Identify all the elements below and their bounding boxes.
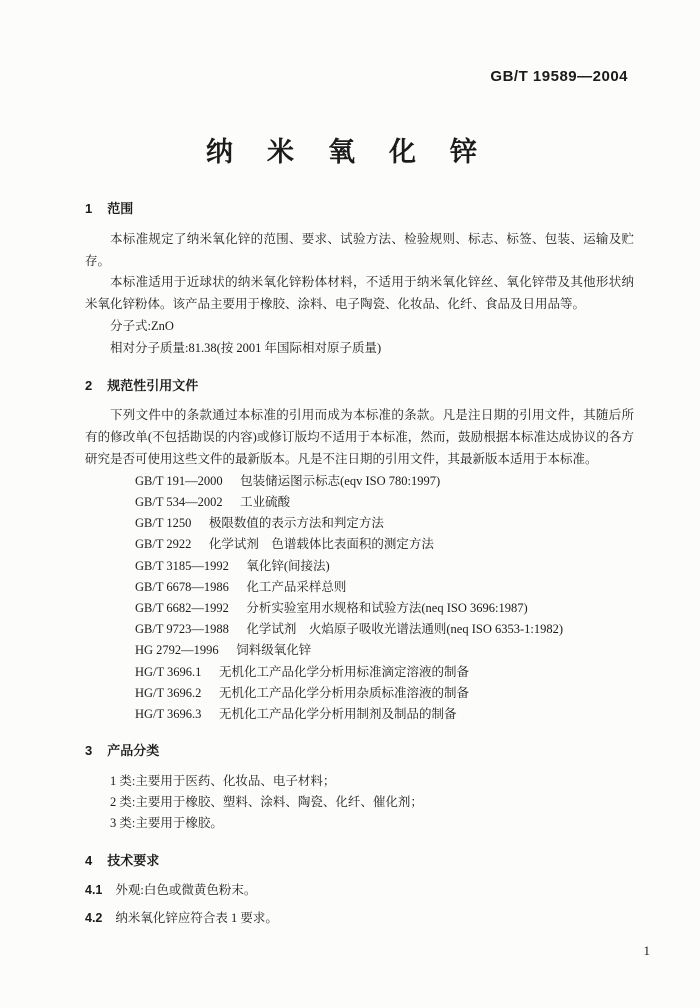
standard-code: GB/T 19589—2004 [490,68,628,85]
reference-title: 无机化工产品化学分析用杂质标准溶液的制备 [219,686,469,700]
reference-code: HG/T 3696.2 [110,683,201,704]
reference-title: 化工产品采样总则 [246,580,346,594]
reference-title: 化学试剂 火焰原子吸收光谱法通则(neq ISO 6353-1:1982) [246,622,563,636]
classification-list: 1 类:主要用于医药、化妆品、电子材料； 2 类:主要用于橡胶、塑料、涂料、陶瓷… [85,771,634,835]
reference-item: GB/T 2922化学试剂 色谱载体比表面积的测定方法 [85,534,634,555]
reference-code: GB/T 1250 [110,513,191,534]
clause-4-1: 4.1外观:白色或微黄色粉末。 [85,880,634,902]
clause-number: 4.1 [85,880,102,902]
clause-text: 纳米氧化锌应符合表 1 要求。 [115,911,278,925]
molecular-formula: 分子式:ZnO [85,316,634,338]
section-title: 规范性引用文件 [107,378,198,393]
reference-title: 极限数值的表示方法和判定方法 [209,516,384,530]
scope-paragraph-1: 本标准规定了纳米氧化锌的范围、要求、试验方法、检验规则、标志、标签、包装、运输及… [85,229,634,273]
reference-code: HG 2792—1996 [110,640,219,661]
reference-item: GB/T 9723—1988化学试剂 火焰原子吸收光谱法通则(neq ISO 6… [85,619,634,640]
reference-item: HG/T 3696.3无机化工产品化学分析用制剂及制品的制备 [85,704,634,725]
reference-title: 化学试剂 色谱载体比表面积的测定方法 [209,537,434,551]
clause-number: 4.2 [85,908,102,930]
reference-code: GB/T 191—2000 [110,471,223,492]
reference-item: GB/T 3185—1992氧化锌(间接法) [85,556,634,577]
section-number: 1 [85,198,92,220]
reference-item: HG/T 3696.2无机化工产品化学分析用杂质标准溶液的制备 [85,683,634,704]
reference-item: HG 2792—1996饲料级氧化锌 [85,640,634,661]
reference-item: HG/T 3696.1无机化工产品化学分析用标准滴定溶液的制备 [85,662,634,683]
section-heading-technical: 4技术要求 [85,850,634,872]
classification-item: 3 类:主要用于橡胶。 [85,813,634,834]
reference-title: 无机化工产品化学分析用标准滴定溶液的制备 [219,665,469,679]
section-number: 2 [85,375,92,397]
reference-item: GB/T 534—2002工业硫酸 [85,492,634,513]
reference-item: GB/T 6682—1992分析实验室用水规格和试验方法(neq ISO 369… [85,598,634,619]
section-title: 范围 [107,201,133,216]
section-number: 4 [85,850,92,872]
references-intro: 下列文件中的条款通过本标准的引用而成为本标准的条款。凡是注日期的引用文件，其随后… [85,405,634,470]
section-title: 产品分类 [107,743,159,758]
document-body: 1范围 本标准规定了纳米氧化锌的范围、要求、试验方法、检验规则、标志、标签、包装… [85,196,634,930]
section-title: 技术要求 [107,853,159,868]
document-page: GB/T 19589—2004 纳米氧化锌 1范围 本标准规定了纳米氧化锌的范围… [0,0,700,1008]
reference-title: 分析实验室用水规格和试验方法(neq ISO 3696:1987) [246,601,527,615]
clause-text: 外观:白色或微黄色粉末。 [115,883,256,897]
clause-4-2: 4.2纳米氧化锌应符合表 1 要求。 [85,908,634,930]
reference-code: GB/T 6682—1992 [110,598,229,619]
classification-item: 2 类:主要用于橡胶、塑料、涂料、陶瓷、化纤、催化剂； [85,792,634,813]
reference-code: GB/T 9723—1988 [110,619,229,640]
classification-item: 1 类:主要用于医药、化妆品、电子材料； [85,771,634,792]
reference-code: GB/T 6678—1986 [110,577,229,598]
reference-item: GB/T 191—2000包装储运图示标志(eqv ISO 780:1997) [85,471,634,492]
section-heading-references: 2规范性引用文件 [85,375,634,397]
reference-code: GB/T 2922 [110,534,191,555]
reference-item: GB/T 1250极限数值的表示方法和判定方法 [85,513,634,534]
page-number: 1 [644,943,651,959]
relative-molecular-mass: 相对分子质量:81.38(按 2001 年国际相对原子质量) [85,338,634,360]
section-heading-scope: 1范围 [85,198,634,220]
reference-title: 包装储运图示标志(eqv ISO 780:1997) [240,474,440,488]
reference-code: HG/T 3696.3 [110,704,201,725]
reference-title: 无机化工产品化学分析用制剂及制品的制备 [219,707,457,721]
reference-code: GB/T 534—2002 [110,492,223,513]
reference-item: GB/T 6678—1986化工产品采样总则 [85,577,634,598]
reference-title: 氧化锌(间接法) [246,559,329,573]
section-number: 3 [85,740,92,762]
reference-code: HG/T 3696.1 [110,662,201,683]
reference-code: GB/T 3185—1992 [110,556,229,577]
document-title: 纳米氧化锌 [0,130,700,169]
section-heading-classification: 3产品分类 [85,740,634,762]
reference-title: 饲料级氧化锌 [236,643,311,657]
scope-paragraph-2: 本标准适用于近球状的纳米氧化锌粉体材料，不适用于纳米氧化锌丝、氧化锌带及其他形状… [85,272,634,316]
references-list: GB/T 191—2000包装储运图示标志(eqv ISO 780:1997) … [85,471,634,725]
reference-title: 工业硫酸 [240,495,290,509]
